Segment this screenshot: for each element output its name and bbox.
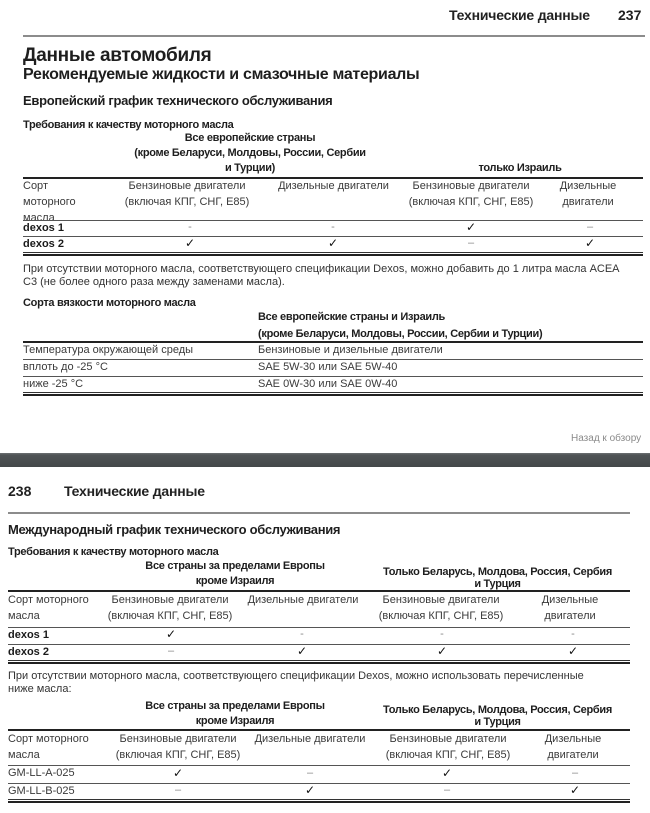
cell-value: ✓ — [323, 236, 343, 250]
group-line: и Турция — [370, 578, 625, 590]
group-line: Все европейские страны — [120, 131, 380, 146]
sae-grade: SAE 5W-30 или SAE 5W-40 — [258, 359, 397, 375]
column-header-oil-grade: Сорт моторного масла — [8, 592, 89, 624]
header-line: (включая КПГ, СНГ, Е85) — [100, 608, 240, 624]
cell-value: ✓ — [161, 627, 181, 641]
header-rule — [8, 512, 630, 514]
column-header-petrol-cis: Бензиновые двигатели (включая КПГ, СНГ, … — [377, 731, 519, 763]
row-rule — [8, 627, 630, 628]
header-rule — [23, 35, 645, 37]
chapter-title: Данные автомобиля — [23, 45, 211, 67]
table-bottom-rule — [23, 392, 643, 396]
header-line: Дизельные — [548, 178, 628, 194]
note-line: ниже масла: — [8, 683, 584, 696]
row-label-dexos1: dexos 1 — [8, 629, 49, 641]
header-line: Дизельные двигатели — [266, 178, 401, 194]
running-title: Технические данные — [64, 483, 205, 499]
cell-value: - — [292, 628, 312, 640]
group-line: Только Беларусь, Молдова, Россия, Сербия — [370, 704, 625, 716]
dexos-note: При отсутствии моторного масла, соответс… — [23, 263, 620, 289]
table-heading: Сорта вязкости моторного масла — [23, 297, 196, 309]
table-heading: Требования к качеству моторного масла — [8, 546, 219, 558]
sae-grade: SAE 0W-30 или SAE 0W-40 — [258, 376, 397, 392]
column-header-diesel-cis: Дизельные двигатели — [530, 592, 610, 624]
column-header-petrol: Бензиновые двигатели (включая КПГ, СНГ, … — [112, 178, 262, 210]
column-group-outside-europe: Все страны за пределами Европы кроме Изр… — [110, 699, 360, 729]
back-to-overview-link[interactable]: Назад к обзору — [571, 433, 641, 444]
cell-value: - — [323, 221, 343, 233]
header-line: Дизельные — [530, 592, 610, 608]
cell-value: ✓ — [580, 236, 600, 250]
cell-value: – — [461, 237, 481, 249]
header-line: масла — [8, 747, 89, 763]
header-line: масла — [8, 608, 89, 624]
column-header-diesel-israel: Дизельные двигатели — [548, 178, 628, 210]
header-line: Бензиновые двигатели — [112, 178, 262, 194]
column-header-diesel: Дизельные двигатели — [245, 731, 375, 747]
cell-value: ✓ — [565, 783, 585, 797]
group-line: Только Беларусь, Молдова, Россия, Сербия — [370, 566, 625, 578]
header-line: Дизельные двигатели — [245, 731, 375, 747]
column-header-petrol-cis: Бензиновые двигатели (включая КПГ, СНГ, … — [370, 592, 512, 624]
header-line: Дизельные двигатели — [238, 592, 368, 608]
column-group-outside-europe: Все страны за пределами Европы кроме Изр… — [110, 559, 360, 589]
row-rule — [8, 644, 630, 645]
page-number: 238 — [8, 483, 31, 499]
header-line: Бензиновые двигатели — [400, 178, 542, 194]
cell-value: - — [563, 628, 583, 640]
group-line: и Турции) — [120, 161, 380, 176]
table-bottom-rule — [8, 660, 630, 664]
page-238: 238 Технические данные Международный гра… — [0, 467, 650, 813]
header-line: двигатели — [533, 747, 613, 763]
column-header-petrol-israel: Бензиновые двигатели (включая КПГ, СНГ, … — [400, 178, 542, 210]
row-label-dexos1: dexos 1 — [23, 222, 64, 234]
page-237: Технические данные 237 Данные автомобиля… — [0, 0, 650, 453]
table-bottom-rule — [23, 252, 643, 256]
column-header-petrol: Бензиновые двигатели (включая КПГ, СНГ, … — [100, 592, 240, 624]
table-heading: Требования к качеству моторного масла — [23, 119, 234, 131]
page-number: 237 — [618, 7, 641, 23]
section-title: Европейский график технического обслужив… — [23, 93, 332, 108]
cell-value: – — [161, 645, 181, 657]
header-line: Дизельные — [533, 731, 613, 747]
column-header-petrol: Бензиновые двигатели (включая КПГ, СНГ, … — [108, 731, 248, 763]
chapter-subtitle: Рекомендуемые жидкости и смазочные матер… — [23, 66, 419, 84]
header-line: Бензиновые двигатели — [370, 592, 512, 608]
section-title: Международный график технического обслуж… — [8, 522, 340, 537]
column-header-oil-grade: Сорт моторного масла — [8, 731, 89, 763]
column-header-diesel-cis: Дизельные двигатели — [533, 731, 613, 763]
temp-range: ниже -25 °C — [23, 376, 83, 392]
column-group-europe-israel: Все европейские страны и Израиль (кроме … — [258, 309, 542, 343]
table-bottom-rule — [8, 799, 630, 803]
group-line: только Израиль — [400, 161, 640, 176]
group-line: Все страны за пределами Европы — [110, 559, 360, 574]
cell-value: ✓ — [437, 766, 457, 780]
cell-value: ✓ — [292, 644, 312, 658]
cell-value: ✓ — [461, 220, 481, 234]
cell-value: ✓ — [300, 783, 320, 797]
column-header-diesel: Дизельные двигатели — [238, 592, 368, 608]
group-line: кроме Израиля — [110, 714, 360, 729]
header-line: моторного — [23, 194, 76, 210]
cell-value: – — [168, 784, 188, 796]
cell-value: – — [300, 767, 320, 779]
cell-value: ✓ — [432, 644, 452, 658]
note-line: При отсутствии моторного масла, соответс… — [8, 670, 584, 683]
running-title: Технические данные — [449, 7, 590, 23]
header-line: (включая КПГ, СНГ, Е85) — [377, 747, 519, 763]
row-label-gm-ll-a-025: GM-LL-A-025 — [8, 767, 75, 779]
row-label-dexos2: dexos 2 — [23, 238, 64, 250]
cell-value: - — [432, 628, 452, 640]
group-line: Все страны за пределами Европы — [110, 699, 360, 714]
column-header-temperature: Температура окружающей среды — [23, 342, 193, 358]
column-group-cis: Только Беларусь, Молдова, Россия, Сербия… — [370, 704, 625, 728]
cell-value: ✓ — [168, 766, 188, 780]
cell-value: ✓ — [180, 236, 200, 250]
header-line: (включая КПГ, СНГ, Е85) — [112, 194, 262, 210]
group-line: кроме Израиля — [110, 574, 360, 589]
row-label-dexos2: dexos 2 — [8, 646, 49, 658]
header-line: двигатели — [548, 194, 628, 210]
cell-value: ✓ — [563, 644, 583, 658]
group-line: Все европейские страны и Израиль — [258, 309, 542, 326]
cell-value: – — [580, 221, 600, 233]
group-line: и Турция — [370, 716, 625, 728]
note-line: C3 (не более одного раза между заменами … — [23, 276, 620, 289]
column-group-cis: Только Беларусь, Молдова, Россия, Сербия… — [370, 566, 625, 590]
header-line: Сорт моторного — [8, 592, 89, 608]
header-line: Бензиновые двигатели — [108, 731, 248, 747]
note-line: При отсутствии моторного масла, соответс… — [23, 263, 620, 276]
dexos-note: При отсутствии моторного масла, соответс… — [8, 670, 584, 696]
cell-value: – — [437, 784, 457, 796]
column-group-europe: Все европейские страны (кроме Беларуси, … — [120, 131, 380, 176]
row-rule — [8, 765, 630, 766]
cell-value: - — [180, 221, 200, 233]
column-header-engines: Бензиновые и дизельные двигатели — [258, 342, 443, 358]
column-header-oil-grade: Сорт моторного масла — [23, 178, 76, 226]
page-separator — [0, 453, 650, 467]
temp-range: вплоть до -25 °C — [23, 359, 108, 375]
group-line: (кроме Беларуси, Молдовы, России, Сербии — [120, 146, 380, 161]
cell-value: – — [565, 767, 585, 779]
row-label-gm-ll-b-025: GM-LL-B-025 — [8, 785, 75, 797]
header-line: (включая КПГ, СНГ, Е85) — [108, 747, 248, 763]
header-line: (включая КПГ, СНГ, Е85) — [400, 194, 542, 210]
column-group-israel: только Израиль — [400, 161, 640, 176]
header-line: двигатели — [530, 608, 610, 624]
header-line: (включая КПГ, СНГ, Е85) — [370, 608, 512, 624]
header-line: Сорт — [23, 178, 76, 194]
column-header-diesel: Дизельные двигатели — [266, 178, 401, 194]
header-line: Бензиновые двигатели — [100, 592, 240, 608]
header-line: Сорт моторного — [8, 731, 89, 747]
header-line: Бензиновые двигатели — [377, 731, 519, 747]
